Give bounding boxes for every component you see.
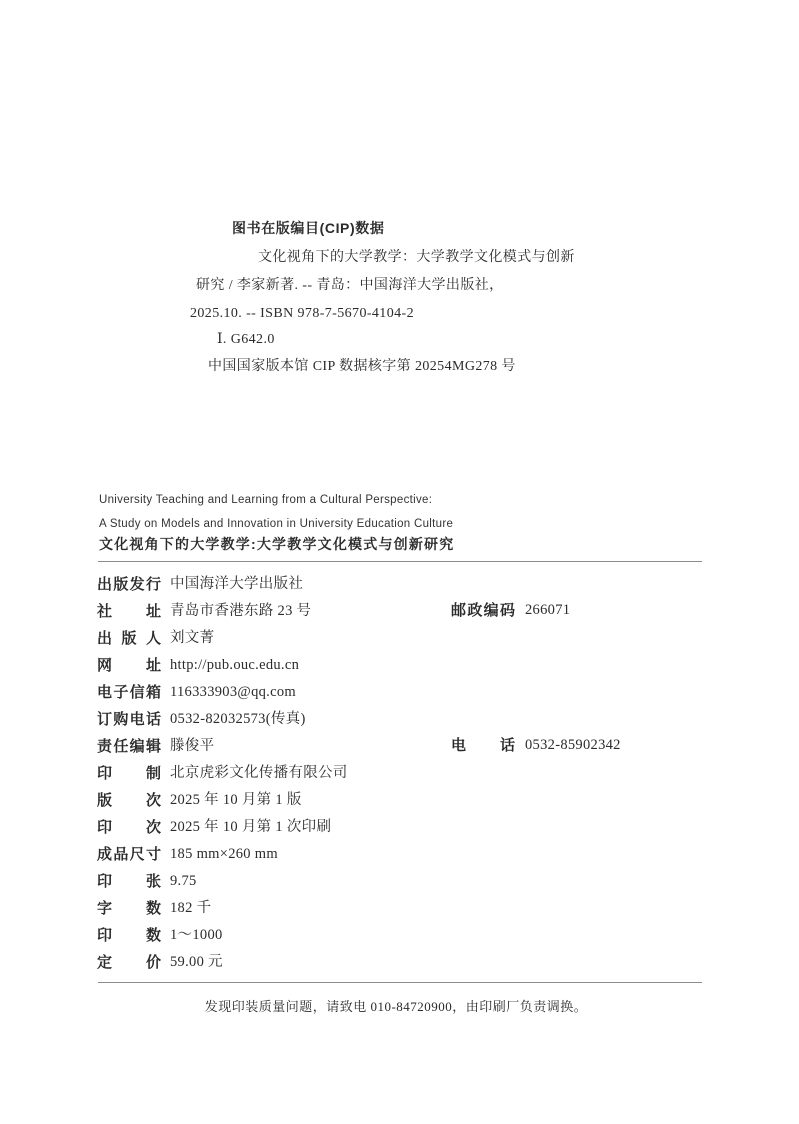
- quality-notice: 发现印装质量问题，请致电 010-84720900，由印刷厂负责调换。: [98, 997, 694, 1017]
- cip-header: 图书在版编目(CIP)数据: [232, 220, 384, 237]
- row-value: 9.75: [170, 873, 197, 889]
- row-label-postcode: 邮政编码: [451, 597, 515, 624]
- row-value: 1～1000: [170, 927, 223, 943]
- row-publisher: 出版发行中国海洋大学出版社: [97, 570, 703, 597]
- row-value: 滕俊平: [170, 738, 214, 754]
- divider-top: [98, 561, 702, 562]
- row-impression: 印次2025 年 10 月第 1 次印刷: [97, 813, 703, 840]
- row-word-count: 字数182 千: [97, 894, 703, 921]
- cip-registration-line: 中国国家版本馆 CIP 数据核字第 20254MG278 号: [208, 358, 516, 375]
- row-label: 责任编辑: [97, 733, 161, 760]
- row-label: 字数: [97, 895, 161, 922]
- row-label: 成品尺寸: [97, 841, 161, 868]
- row-label: 定价: [97, 949, 161, 976]
- row-trim-size: 成品尺寸185 mm×260 mm: [97, 840, 703, 867]
- row-value: 0532-82032573(传真): [170, 711, 306, 727]
- row-label: 社址: [97, 598, 161, 625]
- row-value: 刘文菁: [170, 630, 214, 646]
- row-label: 网址: [97, 652, 161, 679]
- cip-isbn-line: 2025.10. -- ISBN 978-7-5670-4104-2: [190, 305, 414, 322]
- row-label: 印制: [97, 760, 161, 787]
- row-label: 印张: [97, 868, 161, 895]
- row-edition: 版次2025 年 10 月第 1 版: [97, 786, 703, 813]
- row-website: 网址http://pub.ouc.edu.cn: [97, 651, 703, 678]
- row-value-phone: 0532-85902342: [525, 732, 621, 759]
- divider-bottom: [98, 982, 702, 983]
- row-value-postcode: 266071: [525, 597, 570, 624]
- row-value: http://pub.ouc.edu.cn: [170, 657, 299, 673]
- row-value: 185 mm×260 mm: [170, 846, 278, 862]
- row-label: 电子信箱: [97, 679, 161, 706]
- row-editor: 责任编辑滕俊平 电话 0532-85902342: [97, 732, 703, 759]
- row-value: 116333903@qq.com: [170, 684, 296, 700]
- book-copyright-page: 图书在版编目(CIP)数据 文化视角下的大学教学：大学教学文化模式与创新 研究 …: [0, 0, 799, 1124]
- row-value: 182 千: [170, 900, 211, 916]
- cip-author-publisher-line: 研究 / 李家新著. -- 青岛：中国海洋大学出版社，: [196, 277, 504, 294]
- row-label: 出版人: [97, 625, 161, 652]
- chinese-title: 文化视角下的大学教学:大学教学文化模式与创新研究: [99, 536, 454, 553]
- row-email: 电子信箱116333903@qq.com: [97, 678, 703, 705]
- row-printer: 印制北京虎彩文化传播有限公司: [97, 759, 703, 786]
- row-label: 印次: [97, 814, 161, 841]
- english-title-line1: University Teaching and Learning from a …: [99, 493, 432, 507]
- row-print-run: 印数1～1000: [97, 921, 703, 948]
- row-label: 出版发行: [97, 571, 161, 598]
- row-address: 社址青岛市香港东路 23 号 邮政编码 266071: [97, 597, 703, 624]
- row-value: 青岛市香港东路 23 号: [170, 603, 311, 619]
- row-label: 订购电话: [97, 706, 161, 733]
- row-label: 版次: [97, 787, 161, 814]
- english-title-line2: A Study on Models and Innovation in Univ…: [99, 517, 453, 531]
- row-printed-sheets: 印张9.75: [97, 867, 703, 894]
- colophon-table: 出版发行中国海洋大学出版社 社址青岛市香港东路 23 号 邮政编码 266071…: [97, 570, 703, 975]
- row-value: 59.00 元: [170, 954, 223, 970]
- row-order-phone: 订购电话0532-82032573(传真): [97, 705, 703, 732]
- row-label: 印数: [97, 922, 161, 949]
- row-value: 2025 年 10 月第 1 版: [170, 792, 302, 808]
- cip-title-line: 文化视角下的大学教学：大学教学文化模式与创新: [258, 249, 575, 266]
- row-value: 北京虎彩文化传播有限公司: [170, 765, 348, 781]
- cip-classification-line: Ⅰ. G642.0: [217, 331, 275, 348]
- row-value: 2025 年 10 月第 1 次印刷: [170, 819, 331, 835]
- row-publisher-person: 出版人刘文菁: [97, 624, 703, 651]
- row-price: 定价59.00 元: [97, 948, 703, 975]
- row-value: 中国海洋大学出版社: [170, 576, 303, 592]
- row-label-phone: 电话: [451, 732, 515, 759]
